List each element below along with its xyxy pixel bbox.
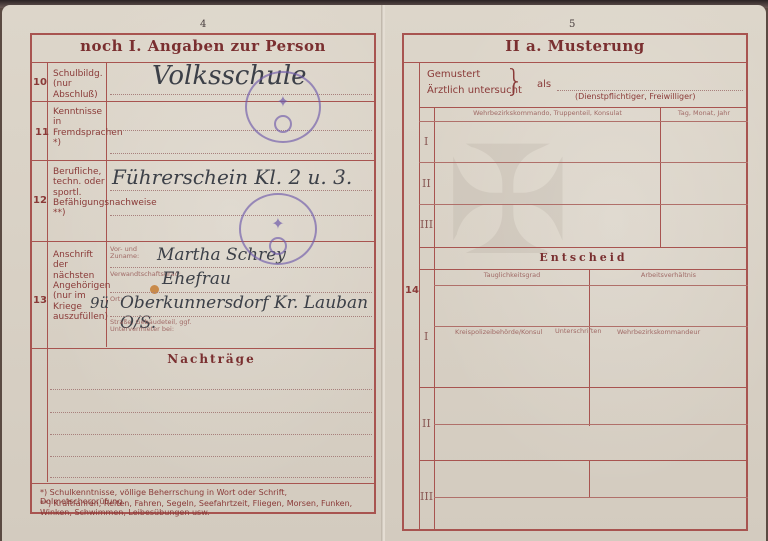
row-number-13: 13: [33, 295, 47, 307]
entry-line: [110, 94, 372, 95]
row-divider: [419, 162, 748, 163]
roman-row-III: III: [420, 218, 433, 231]
wehrmeldeamt-stamp-1: ✦: [245, 71, 321, 143]
field-label-verwandtschaftsgrad: Verwandtschaftsgrad:: [110, 271, 155, 278]
row-divider: [419, 460, 748, 461]
section-number-14: 14: [405, 285, 419, 297]
entry-line: [50, 412, 372, 413]
row-divider: [30, 160, 376, 161]
entry-line: [110, 153, 372, 154]
brace-icon: }: [505, 65, 524, 100]
entry-line: [50, 477, 372, 478]
header-arbeitsverhaeltnis: Arbeitsverhältnis: [590, 272, 747, 279]
header-tauglichkeitsgrad: Tauglichkeitsgrad: [435, 272, 589, 279]
page-number-left: 4: [200, 19, 206, 30]
row-number-11: 11: [35, 127, 49, 139]
wehrmeldeamt-stamp-2: ✦: [239, 193, 317, 265]
row-number-10: 10: [33, 77, 47, 89]
open-wehrpass-spread: 4 noch I. Angaben zur Person 10 Schulbil…: [0, 0, 768, 541]
left-page: 4 noch I. Angaben zur Person 10 Schulbil…: [2, 5, 383, 541]
entry-line: [110, 130, 372, 131]
row-divider: [434, 285, 748, 286]
entry-line: [50, 434, 372, 435]
handwritten-margin-note: 9ü: [90, 294, 109, 312]
header-kreispolizeibehoerde: Kreispolizeibehörde/Konsul: [455, 329, 542, 336]
als-label: als: [537, 79, 551, 91]
row-divider: [419, 121, 748, 122]
section-header-musterung: II a. Musterung: [402, 38, 748, 55]
entscheid-title: Entscheid: [419, 252, 748, 265]
header-wehrbezirkskommando: Wehrbezirkskommando, Truppenteil, Konsul…: [435, 110, 660, 117]
entry-line: [110, 267, 372, 268]
handwritten-verwandtschaft: Ehefrau: [162, 269, 231, 289]
row-label-fremdsprachen: Kenntnisse in Fremdsprachen *): [53, 107, 105, 148]
header-wehrbezirkskommandeur: Wehrbezirkskommandeur: [617, 329, 700, 336]
entscheid-roman-III: III: [420, 490, 433, 503]
section-header-angaben-zur-person: noch I. Angaben zur Person: [30, 38, 376, 55]
als-hint: (Dienstpflichtiger, Freiwilliger): [575, 92, 695, 101]
handwritten-fuehrerschein: Führerschein Kl. 2 u. 3.: [112, 165, 352, 189]
row-label-schulbildung: Schulbildg. (nur Abschluß): [53, 69, 105, 100]
entry-line: [110, 316, 372, 317]
entscheid-roman-II: II: [422, 417, 431, 430]
row-divider: [30, 101, 376, 102]
header-datum: Tag, Monat, Jahr: [661, 110, 747, 117]
row-label-befaehigungsnachweise: Berufliche, techn. oder sportl. Befähigu…: [53, 167, 105, 219]
roman-row-II: II: [422, 177, 431, 190]
footnote-2: **) Kraftfahren, Reiten, Fahren, Segeln,…: [40, 499, 372, 517]
row-divider: [419, 387, 748, 388]
footnote-divider: [30, 483, 376, 484]
roman-column-divider: [434, 107, 435, 531]
right-page: ✠ 5 II a. Musterung 14 Gemustert Ärztlic…: [385, 5, 766, 541]
entscheid-column-divider-III: [589, 460, 590, 497]
gemustert-label: Gemustert: [427, 69, 480, 81]
entry-line: [50, 456, 372, 457]
number-column-divider: [47, 62, 48, 482]
nachtraege-title: Nachträge: [47, 353, 376, 367]
roman-row-I: I: [424, 135, 428, 148]
row-number-12: 12: [33, 195, 47, 207]
entscheid-roman-I: I: [424, 330, 428, 343]
entry-line: [50, 389, 372, 390]
als-entry-line: [557, 90, 743, 91]
wreath-icon: [269, 237, 287, 255]
row-divider: [419, 107, 748, 108]
row-divider: [419, 204, 748, 205]
row-divider: [419, 269, 748, 270]
row-divider: [419, 247, 748, 248]
row-divider: [434, 424, 748, 425]
row-divider: [434, 497, 748, 498]
page-number-right: 5: [569, 19, 575, 30]
entry-line: [110, 190, 372, 191]
date-column-divider: [660, 107, 661, 247]
row-divider: [30, 348, 376, 349]
row-divider: [30, 241, 376, 242]
header-unterschriften: Unterschriften: [555, 328, 602, 335]
eagle-emblem-icon: ✦: [271, 214, 284, 233]
header-divider: [402, 62, 748, 63]
wreath-icon: [274, 115, 292, 133]
eagle-emblem-icon: ✦: [276, 92, 289, 111]
field-label-strasse: Straße, Gebäudeteil, ggf. Untervermieter…: [110, 319, 220, 334]
entscheid-column-divider: [589, 269, 590, 426]
field-label-name: Vor- und Zuname:: [110, 246, 150, 261]
